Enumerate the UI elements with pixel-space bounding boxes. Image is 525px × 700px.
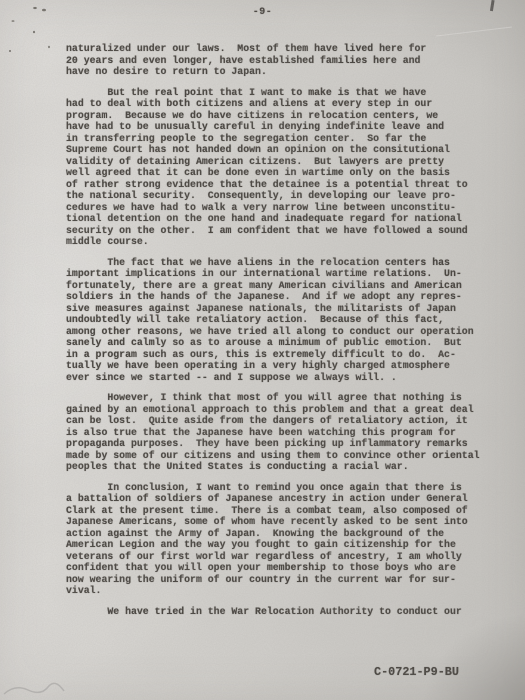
document-code: C-0721-P9-BU [374, 666, 459, 679]
text-line: important implications in our internatio… [66, 268, 506, 280]
text-line: We have tried in the War Relocation Auth… [66, 606, 506, 618]
text-line: vival. [66, 585, 506, 597]
text-line: sive measures against Japanese nationals… [66, 303, 506, 315]
text-line: well agreed that it can be done even in … [66, 167, 506, 179]
pencil-mark [4, 683, 64, 694]
text-line: had to deal with both citizens and alien… [66, 98, 506, 110]
text-line: peoples that the United States is conduc… [66, 461, 506, 473]
text-line: In conclusion, I want to remind you once… [66, 482, 506, 494]
paragraph: naturalized under our laws. Most of them… [66, 43, 506, 78]
paragraph: We have tried in the War Relocation Auth… [66, 606, 506, 618]
text-line: can be lost. Quite aside from the danger… [66, 415, 506, 427]
document-body: naturalized under our laws. Most of them… [66, 43, 506, 626]
text-line: undoubtedly will take retaliatory action… [66, 314, 506, 326]
text-line: security on the other. I am confident th… [66, 225, 506, 237]
text-line: have had to be unusually careful in deny… [66, 121, 506, 133]
text-line: validity of detaining American citizens.… [66, 156, 506, 168]
scanned-document-page: -9- naturalized under our laws. Most of … [0, 0, 525, 700]
text-line: the national security. Consequently, in … [66, 190, 506, 202]
text-line: naturalized under our laws. Most of them… [66, 43, 506, 55]
text-line: confident that you will open your member… [66, 562, 506, 574]
text-line: in a program such as ours, this is extre… [66, 349, 506, 361]
paragraph: However, I think that most of you will a… [66, 392, 506, 473]
scratch-mark [436, 27, 512, 36]
text-line: a battalion of soldiers of Japanese ance… [66, 493, 506, 505]
text-line: soldiers in the hands of the Japanese. A… [66, 291, 506, 303]
text-line: Clark at the present time. There is a co… [66, 505, 506, 517]
text-line: Japanese Americans, some of whom have re… [66, 516, 506, 528]
text-line: cedures we have had to walk a very narro… [66, 202, 506, 214]
text-line: propaganda purposes. They have been pick… [66, 438, 506, 450]
text-line: But the real point that I want to make i… [66, 87, 506, 99]
text-line: tually we have been operating in a very … [66, 360, 506, 372]
text-line: made by some of our citizens and using t… [66, 450, 506, 462]
text-line: now wearing the uniform of our country i… [66, 574, 506, 586]
text-line: gained by an emotional approach to this … [66, 404, 506, 416]
text-line: among other reasons, we have tried all a… [66, 326, 506, 338]
paragraph: But the real point that I want to make i… [66, 87, 506, 248]
paragraph: In conclusion, I want to remind you once… [66, 482, 506, 597]
page-number: -9- [0, 7, 525, 18]
text-line: have no desire to return to Japan. [66, 66, 506, 78]
text-line: tional detention on the one hand and ina… [66, 213, 506, 225]
text-line: The fact that we have aliens in the relo… [66, 257, 506, 269]
text-line: fortunately, there are a great many Amer… [66, 280, 506, 292]
text-line: 20 years and even longer, have establish… [66, 55, 506, 67]
text-line: However, I think that most of you will a… [66, 392, 506, 404]
text-line: veterans of our first world war regardle… [66, 551, 506, 563]
paragraph: The fact that we have aliens in the relo… [66, 257, 506, 384]
text-line: in transferring people to the segregatio… [66, 133, 506, 145]
text-line: program. Because we do have citizens in … [66, 110, 506, 122]
text-line: Supreme Court has not handed down an opi… [66, 144, 506, 156]
text-line: action against the Army of Japan. Knowin… [66, 528, 506, 540]
text-line: American Legion and the way you fought t… [66, 539, 506, 551]
text-line: is also true that the Japanese have been… [66, 427, 506, 439]
text-line: sanely and calmly so as to arouse a mini… [66, 337, 506, 349]
text-line: middle course. [66, 236, 506, 248]
text-line: of rather strong evidence that the detai… [66, 179, 506, 191]
text-line: ever since we started -- and I suppose w… [66, 372, 506, 384]
